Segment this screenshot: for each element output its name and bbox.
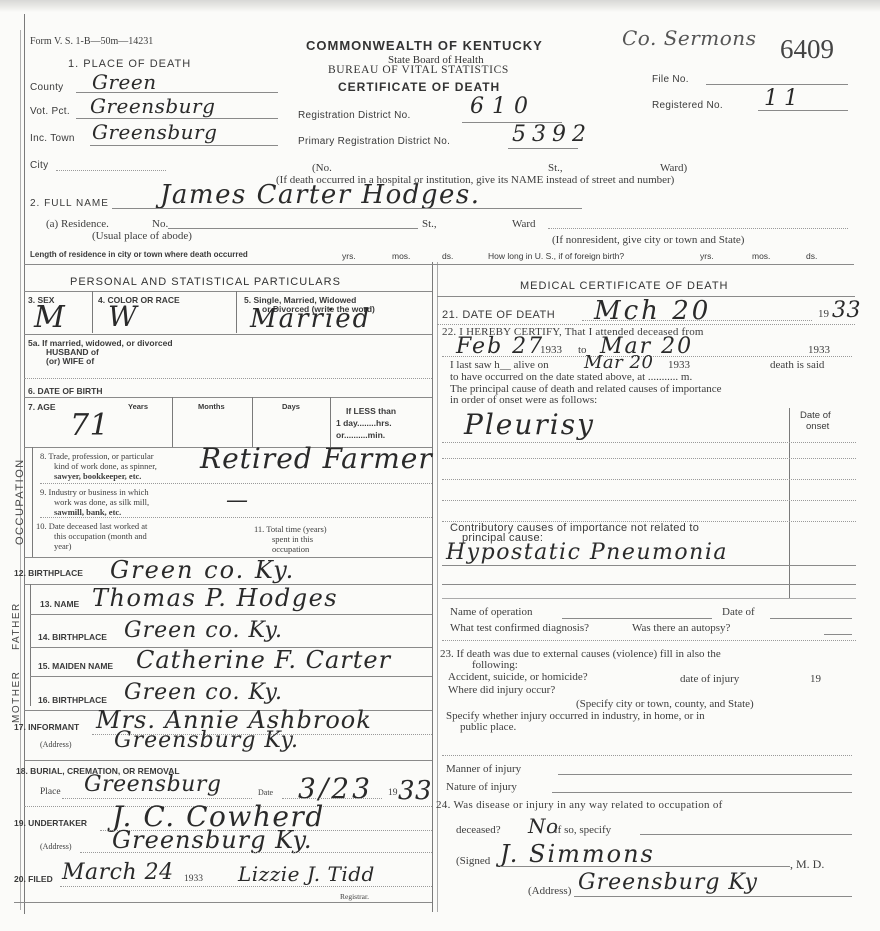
- registration-district-label: Registration District No.: [298, 110, 411, 121]
- dob-row-bottom: [24, 397, 432, 398]
- nature-label: Nature of injury: [446, 781, 517, 793]
- sex-divider: [92, 291, 93, 333]
- form-number: Form V. S. 1-B—50m—14231: [30, 36, 153, 47]
- foreign-ds: ds.: [806, 251, 817, 261]
- industry-label-2: work was done, as silk mill,: [54, 497, 149, 507]
- file-no-line: [706, 84, 848, 85]
- registrar-signature: Lizzie J. Tidd: [238, 862, 375, 886]
- inc-town-line: [90, 145, 278, 146]
- spouse-row-bottom: [24, 378, 432, 379]
- last-saw-tail: death is said: [770, 359, 824, 371]
- abode-note: (Usual place of abode): [92, 230, 192, 242]
- physician-address-label: (Address): [528, 885, 571, 897]
- last-saw-label: I last saw h__ alive on: [450, 359, 549, 371]
- filed-bottom: [14, 902, 432, 903]
- external-label-2: following:: [472, 659, 518, 671]
- cause-line-1: [442, 442, 856, 443]
- full-name-value: James Carter Hodges.: [160, 180, 481, 210]
- spouse-label-3: (or) WIFE of: [46, 356, 94, 366]
- length-ds: ds.: [442, 251, 453, 261]
- father-name-value: Thomas P. Hodges: [92, 584, 338, 612]
- years-label: Years: [128, 402, 148, 411]
- scan-top-edge: [0, 0, 880, 12]
- registered-no-label: Registered No.: [652, 100, 723, 111]
- if-so-line: [640, 834, 852, 835]
- father-birthplace-label: 14. BIRTHPLACE: [38, 632, 107, 642]
- years-divider: [172, 397, 173, 447]
- operation-line: [562, 618, 712, 619]
- less-label-3: or..........min.: [336, 430, 385, 440]
- age-value: 71: [70, 408, 109, 443]
- industry-label-3: sawmill, bank, etc.: [54, 507, 121, 517]
- last-worked-label-2: this occupation (month and: [54, 531, 147, 541]
- filed-date-value: March 24: [62, 860, 174, 885]
- registrar-label: Registrar.: [340, 892, 369, 901]
- death-year-prefix: 19: [818, 308, 829, 320]
- birthplace-value: Green co. Ky.: [110, 556, 295, 584]
- vot-pct-label: Vot. Pct.: [30, 106, 70, 117]
- city-no-label: (No.: [312, 162, 332, 174]
- sex-value: M: [34, 300, 65, 335]
- onset-label-1: Date of: [800, 410, 831, 421]
- vot-pct-value: Greensburg: [90, 94, 215, 118]
- father-name-line: [30, 614, 432, 615]
- race-divider: [236, 291, 237, 333]
- marital-value: Married: [250, 304, 371, 334]
- days-divider: [330, 397, 331, 447]
- months-divider: [252, 397, 253, 447]
- mother-side-label: MOTHER: [11, 671, 22, 723]
- column-divider: [432, 262, 433, 912]
- full-name-label: 2. FULL NAME: [30, 198, 109, 209]
- days-label: Days: [282, 402, 300, 411]
- primary-district-line: [508, 148, 578, 149]
- industry-line: [40, 517, 432, 518]
- informant-address-value: Greensburg Ky.: [114, 728, 299, 753]
- primary-district-label: Primary Registration District No.: [298, 136, 450, 147]
- physician-address-line: [574, 896, 852, 897]
- county-value: Green: [92, 70, 157, 94]
- death-date-value: Mch 20: [594, 296, 711, 326]
- registered-no-value: 11: [764, 86, 804, 111]
- trade-label-3: sawyer, bookkeeper, etc.: [54, 471, 141, 481]
- medical-section-title: MEDICAL CERTIFICATE OF DEATH: [520, 280, 729, 292]
- total-time-label-2: spent in this: [272, 534, 313, 544]
- specify-city-label: (Specify city or town, county, and State…: [576, 698, 754, 710]
- specify-where-2: public place.: [460, 721, 516, 733]
- undertaker-label: 19. UNDERTAKER: [14, 818, 87, 828]
- specify-bottom: [442, 755, 852, 756]
- occupation-related-label: 24. Was disease or injury in any way rel…: [436, 799, 723, 811]
- if-so-label: If so, specify: [554, 824, 611, 836]
- occurred-line: to have occurred on the date stated abov…: [450, 371, 692, 383]
- county-line: [76, 92, 278, 93]
- injury-year: 19: [810, 673, 821, 685]
- residence-ward-line: [548, 228, 848, 229]
- foreign-yrs: yrs.: [700, 251, 714, 261]
- last-saw-year: 1933: [668, 359, 690, 371]
- contributory-line-2: [442, 584, 856, 585]
- injury-date-label: date of injury: [680, 673, 739, 685]
- industry-value: —: [226, 488, 249, 513]
- age-label: 7. AGE: [28, 402, 56, 412]
- principal-cause-value: Pleurisy: [464, 408, 595, 441]
- death-date-bottom: [437, 324, 855, 325]
- birthplace-label: 12. BIRTHPLACE: [14, 568, 83, 578]
- last-worked-label-1: 10. Date deceased last worked at: [36, 521, 147, 531]
- filed-line: [60, 886, 432, 887]
- undertaker-address-line: [80, 852, 432, 853]
- burial-date-label: Date: [258, 788, 273, 797]
- md-label: , M. D.: [790, 857, 824, 872]
- filed-year-value: 1933: [184, 874, 203, 884]
- length-residence-label: Length of residence in city or town wher…: [30, 250, 248, 259]
- vot-pct-line: [76, 118, 278, 119]
- trade-label-2: kind of work done, as spinner,: [54, 461, 157, 471]
- nonresident-note: (If nonresident, give city or town and S…: [552, 234, 744, 246]
- industry-label-1: 9. Industry or business in which: [40, 487, 149, 497]
- father-name-label: 13. NAME: [40, 599, 79, 609]
- informant-bottom: [24, 760, 432, 761]
- city-ward-label: Ward): [660, 162, 687, 174]
- residence-no-label: No.: [152, 218, 168, 230]
- foreign-mos: mos.: [752, 251, 770, 261]
- manner-label: Manner of injury: [446, 763, 521, 775]
- informant-address-label: (Address): [40, 740, 72, 749]
- county-label: County: [30, 82, 64, 93]
- column-divider-2: [437, 262, 438, 912]
- where-label: Where did injury occur?: [448, 684, 555, 696]
- occupation-side-label: OCCUPATION: [14, 458, 26, 545]
- last-worked-label-3: year): [54, 541, 71, 551]
- cause-line-3: [442, 479, 856, 480]
- attended-to-year: 1933: [808, 344, 830, 356]
- total-time-label-3: occupation: [272, 544, 309, 554]
- autopsy-line: [824, 634, 852, 635]
- occupation-divider: [32, 447, 33, 557]
- trade-value: Retired Farmer: [200, 442, 433, 475]
- registration-district-value: 610: [470, 94, 536, 119]
- personal-section-title: PERSONAL AND STATISTICAL PARTICULARS: [70, 276, 341, 288]
- less-label-1: If LESS than: [346, 406, 396, 416]
- residence-st-label: St.,: [422, 218, 437, 230]
- burial-place-label: Place: [40, 787, 61, 797]
- last-saw-value: Mar 20: [584, 352, 653, 373]
- race-value: W: [108, 300, 137, 333]
- certificate-title: CERTIFICATE OF DEATH: [338, 80, 500, 94]
- bureau-title: BUREAU OF VITAL STATISTICS: [328, 64, 509, 76]
- file-no-label: File No.: [652, 74, 689, 85]
- contributory-line: [442, 565, 856, 566]
- city-label: City: [30, 160, 48, 171]
- mother-birthplace-label: 16. BIRTHPLACE: [38, 695, 107, 705]
- mother-birthplace-value: Green co. Ky.: [124, 680, 283, 705]
- operation-date-line: [770, 618, 852, 619]
- death-date-label: 21. DATE OF DEATH: [442, 309, 555, 321]
- burial-year-prefix: 19: [388, 788, 398, 798]
- deceased-label: deceased?: [456, 824, 501, 836]
- city-line: [56, 170, 166, 171]
- nature-line: [552, 792, 852, 793]
- parents-divider: [30, 584, 31, 706]
- physician-address-value: Greensburg Ky: [578, 870, 758, 895]
- length-yrs: yrs.: [342, 251, 356, 261]
- informant-label: 17. INFORMANT: [14, 722, 79, 732]
- mother-maiden-value: Catherine F. Carter: [136, 646, 391, 674]
- death-year-value: 33: [832, 298, 861, 323]
- accident-label: Accident, suicide, or homicide?: [448, 671, 588, 683]
- physician-signature: J. Simmons: [500, 840, 655, 868]
- residence-no-line: [168, 228, 418, 229]
- residence-ward-label: Ward: [512, 218, 536, 230]
- inc-town-label: Inc. Town: [30, 133, 75, 144]
- father-side-label: FATHER: [11, 602, 22, 650]
- trade-label-1: 8. Trade, profession, or particular: [40, 451, 154, 461]
- mother-maiden-label: 15. MAIDEN NAME: [38, 661, 113, 671]
- signed-line: [500, 866, 790, 867]
- less-label-2: 1 day........hrs.: [336, 418, 392, 428]
- stamp-number: 6409: [780, 34, 834, 65]
- dob-label: 6. DATE OF BIRTH: [28, 386, 102, 396]
- length-mos: mos.: [392, 251, 410, 261]
- undertaker-address-value: Greensburg Ky.: [112, 826, 313, 854]
- onset-divider: [789, 408, 790, 598]
- test-label: What test confirmed diagnosis?: [450, 622, 589, 634]
- residence-bottom-line: [24, 264, 854, 265]
- undertaker-address-label: (Address): [40, 842, 72, 851]
- cause-line-4: [442, 500, 856, 501]
- burial-place-line: [62, 798, 252, 799]
- filed-label: 20. FILED: [14, 874, 53, 884]
- trade-line: [40, 483, 432, 484]
- onset-label-2: onset: [806, 421, 829, 432]
- death-date-line: [582, 320, 812, 321]
- contributory-value: Hypostatic Pneumonia: [446, 540, 728, 565]
- inc-town-value: Greensburg: [92, 120, 217, 144]
- registered-no-line: [758, 110, 848, 111]
- signed-label: (Signed: [456, 855, 490, 867]
- state-title: COMMONWEALTH OF KENTUCKY: [306, 38, 543, 53]
- burial-place-value: Greensburg: [84, 772, 221, 797]
- burial-date-line: [282, 798, 382, 799]
- sex-row-bottom: [24, 334, 432, 335]
- personal-header-line: [24, 291, 432, 292]
- manner-line: [558, 774, 852, 775]
- mother-maiden-line: [30, 676, 432, 677]
- operation-date-label: Date of: [722, 606, 755, 618]
- primary-district-value: 5392: [512, 122, 592, 147]
- stamp-handwriting: Co. Sermons: [622, 26, 756, 50]
- full-name-line: [112, 208, 582, 209]
- father-birthplace-value: Green co. Ky.: [124, 618, 283, 643]
- contributory-bottom: [442, 598, 856, 599]
- residence-label: (a) Residence.: [46, 218, 109, 230]
- city-st-label: St.,: [548, 162, 563, 174]
- operation-label: Name of operation: [450, 606, 532, 618]
- operation-bottom: [442, 640, 856, 641]
- burial-year-value: 33: [398, 776, 432, 806]
- total-time-label-1: 11. Total time (years): [254, 524, 327, 534]
- place-of-death-label: 1. PLACE OF DEATH: [68, 58, 191, 70]
- months-label: Months: [198, 402, 225, 411]
- attended-from-year: 1933: [540, 344, 562, 356]
- principal-line-2: in order of onset were as follows:: [450, 394, 597, 406]
- autopsy-label: Was there an autopsy?: [632, 622, 730, 634]
- cause-line-2: [442, 458, 856, 459]
- foreign-label: How long in U. S., if of foreign birth?: [488, 251, 624, 261]
